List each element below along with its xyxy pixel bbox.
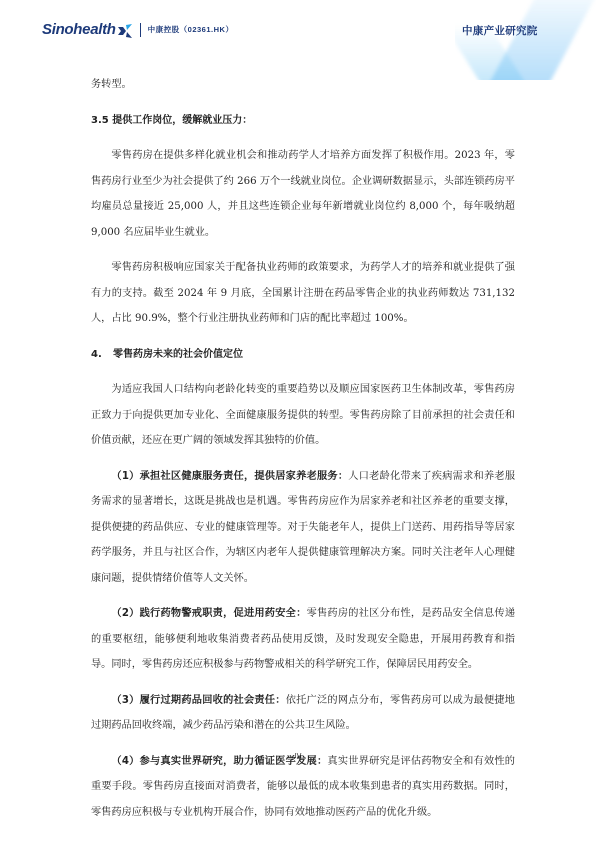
item-text: 人口老龄化带来了疾病需求和养老服务需求的显著增长，这既是挑战也是机遇。零售药房应…: [91, 471, 515, 584]
institute-name: 中康产业研究院: [462, 23, 538, 38]
section-heading-4: 4.零售药房未来的社会价值定位: [91, 342, 515, 368]
section-title: 零售药房未来的社会价值定位: [113, 349, 243, 360]
item-label: （2）践行药物警戒职责，促进用药安全：: [111, 608, 306, 619]
page-number: IV: [0, 752, 596, 760]
page-header: Sinohealth 中康控股（02361.HK） 中康产业研究院: [0, 0, 596, 60]
section-heading-3-5: 3.5 提供工作岗位，缓解就业压力：: [91, 108, 515, 134]
list-item: （1）承担社区健康服务责任，提供居家养老服务：人口老龄化带来了疾病需求和养老服务…: [91, 464, 515, 592]
item-label: （3）履行过期药品回收的社会责任：: [111, 695, 285, 706]
paragraph: 为适应我国人口结构向老龄化转变的重要趋势以及顺应国家医药卫生体制改革，零售药房正…: [91, 377, 515, 454]
stock-code-label: 中康控股（02361.HK）: [148, 24, 234, 35]
section-number: 4.: [91, 342, 113, 368]
logo-divider: [140, 23, 141, 37]
document-body: 务转型。 3.5 提供工作岗位，缓解就业压力： 零售药房在提供多样化就业机会和推…: [91, 72, 515, 825]
header-decoration: [455, 0, 596, 80]
paragraph: 零售药房在提供多样化就业机会和推动药学人才培养方面发挥了积极作用。2023 年，…: [91, 143, 515, 245]
list-item: （2）践行药物警戒职责，促进用药安全：零售药房的社区分布性，是药品安全信息传递的…: [91, 601, 515, 678]
company-logo: Sinohealth 中康控股（02361.HK）: [42, 21, 233, 38]
sinohealth-logo-icon: [118, 23, 132, 37]
item-label: （1）承担社区健康服务责任，提供居家养老服务：: [111, 471, 348, 482]
continuation-text: 务转型。: [91, 72, 515, 98]
paragraph: 零售药房积极响应国家关于配备执业药师的政策要求，为药学人才的培养和就业提供了强有…: [91, 255, 515, 332]
list-item: （3）履行过期药品回收的社会责任：依托广泛的网点分布，零售药房可以成为最便捷地过…: [91, 688, 515, 739]
brand-name: Sinohealth: [42, 21, 116, 38]
